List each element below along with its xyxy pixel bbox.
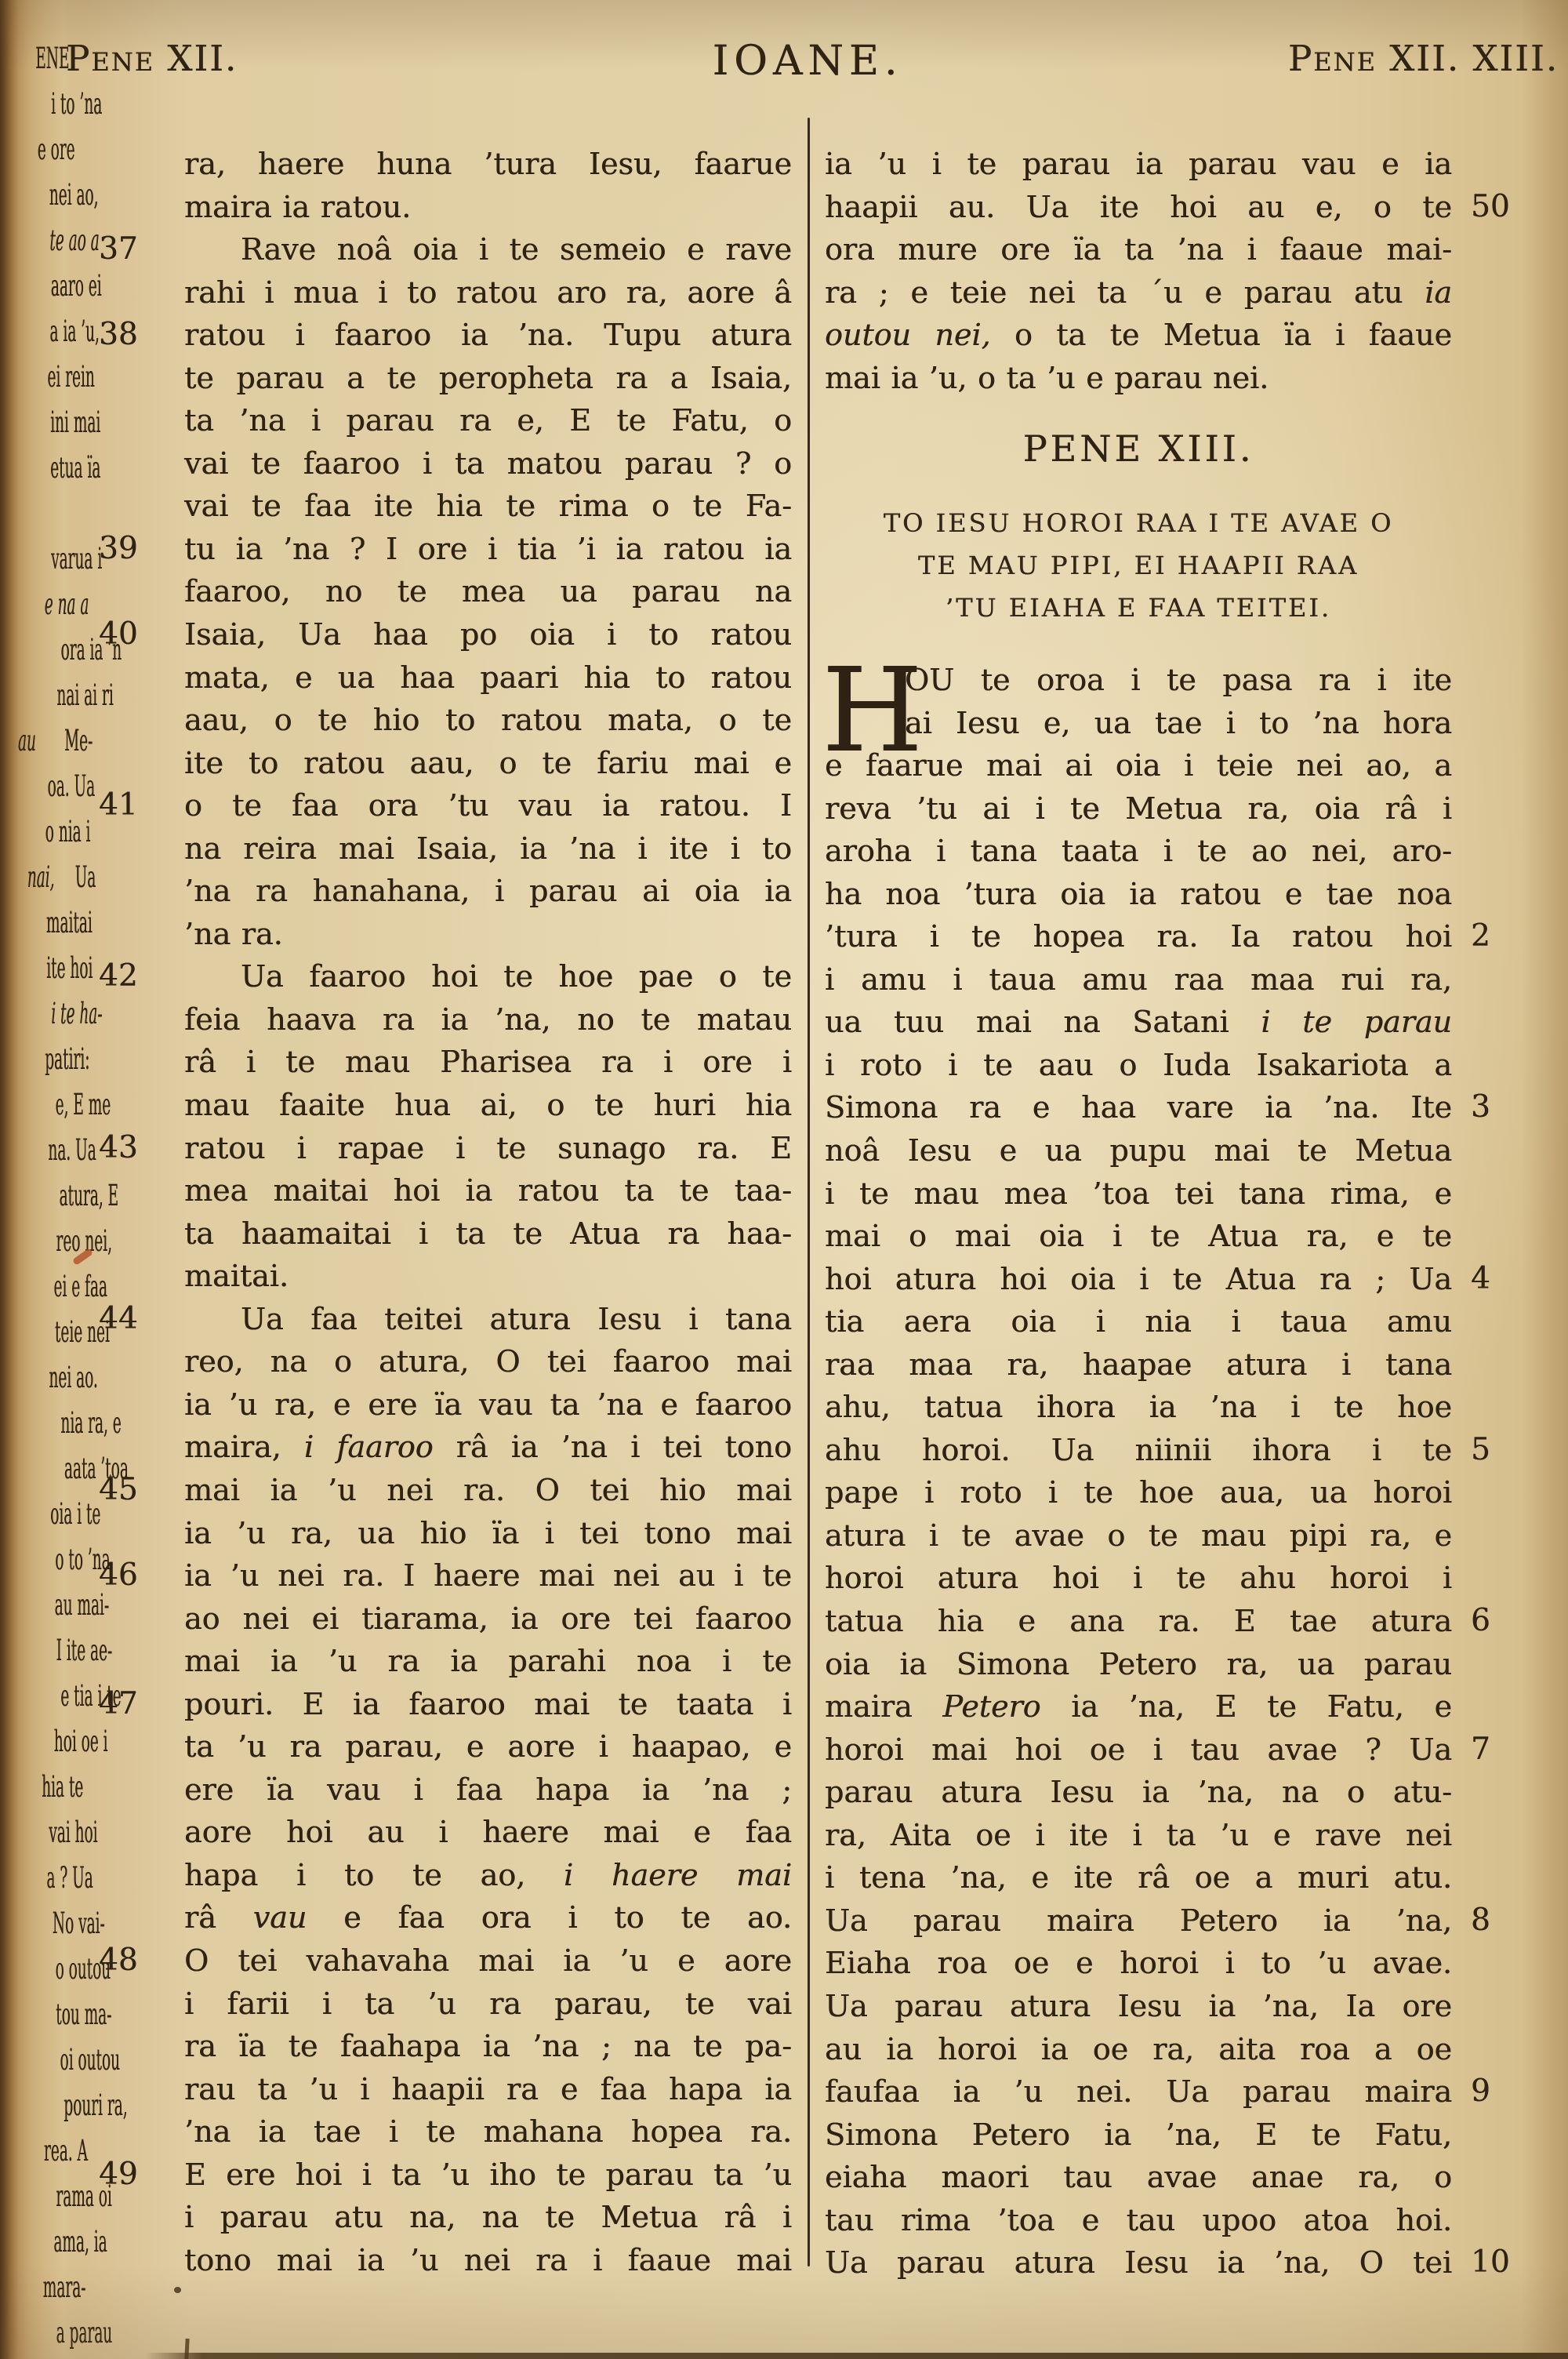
edge-text-fragment: ama, ia — [0, 2219, 69, 2265]
edge-text-fragment: varua i — [0, 536, 69, 582]
line-text: ra ïa te faahapa ia ’na ; na te pa- — [184, 2025, 792, 2068]
text-line: ora mure ore ïa ta ’na i faaue mai- — [825, 228, 1507, 271]
line-text: ra, haere huna ’tura Iesu, faarue — [184, 143, 792, 186]
edge-text-fragment: nai, Ua — [0, 855, 69, 900]
edge-text-fragment: aata ’toa — [0, 1446, 69, 1492]
line-text: ra, Aita oe i ite i ta ’u e rave nei — [825, 1814, 1452, 1857]
page-bottom-edge-shadow — [145, 2353, 1568, 2359]
line-text: OU te oroa i te pasa ra i ite — [825, 659, 1452, 702]
text-line: i parau atu na, na te Metua râ i — [93, 2196, 792, 2239]
edge-text-fragment: ora ia ’n — [0, 627, 69, 673]
line-text: reo, na o atura, O tei faaroo mai — [184, 1340, 792, 1383]
line-text: maira ia ratou. — [184, 186, 792, 229]
line-text: Ua parau atura Iesu ia ’na, O tei — [825, 2241, 1452, 2284]
edge-text-fragment: teie nei — [0, 1310, 69, 1355]
line-text: tu ia ’na ? I ore i tia ’i ia ratou ia — [184, 528, 792, 571]
edge-text-fragment: ite hoi — [0, 946, 69, 991]
edge-text-fragment: na. Ua — [0, 1128, 69, 1173]
edge-text-fragment: o nia i — [0, 809, 69, 855]
line-text: mau faaite hua ai, o te huri hia — [184, 1084, 792, 1127]
text-line: ta ’na i parau ra e, E te Fatu, o — [93, 399, 792, 442]
line-text: atura i te avae o te mau pipi ra, e — [825, 1514, 1452, 1558]
edge-text-fragment: oi outou — [0, 2037, 69, 2083]
line-text: ia ’u ra, e ere ïa vau ta ’na e faaroo — [184, 1383, 792, 1427]
line-text: mai o mai oia i te Atua ra, e te — [825, 1215, 1452, 1258]
line-text: ere ïa vau i faa hapa ia ’na ; — [184, 1768, 792, 1812]
line-text: rahi i mua i to ratou aro ra, aore â — [184, 271, 792, 314]
line-text: raa maa ra, haapae atura i tana — [825, 1343, 1452, 1387]
text-line: Ua parau maira Petero ia ’na,8 — [825, 1899, 1507, 1943]
text-line: i roto i te aau o Iuda Isakariota a — [825, 1044, 1507, 1087]
text-line: outou nei, o ta te Metua ïa i faaue — [825, 314, 1507, 357]
column-divider-rule — [808, 118, 810, 2266]
text-line: atura i te avae o te mau pipi ra, e — [825, 1514, 1507, 1558]
edge-text-fragment: nai ai ri — [0, 673, 69, 718]
line-text: ia ’u i te parau ia parau vau e ia — [825, 143, 1452, 186]
edge-text-fragment: nei ao. — [0, 1355, 69, 1401]
verse-number: 7 — [1471, 1728, 1490, 1772]
line-text: noâ Iesu e ua pupu mai te Metua — [825, 1129, 1452, 1172]
edge-text-fragment: oa. Ua — [0, 764, 69, 809]
text-line: noâ Iesu e ua pupu mai te Metua — [825, 1129, 1507, 1172]
line-text: reva ’tu ai i te Metua ra, oia râ i — [825, 787, 1452, 831]
text-line: eiaha maori tau avae anae ra, o — [825, 2156, 1507, 2199]
chapter-summary-heading: TO IESU HOROI RAA I TE AVAE O TE MAU PIP… — [825, 502, 1452, 629]
line-text: Ua faa teitei atura Iesu i tana — [184, 1298, 792, 1341]
line-text: oia ia Simona Petero ra, ua parau — [825, 1643, 1452, 1686]
running-head-right: Pene XII. XIII. — [1288, 38, 1559, 85]
line-text: pape i roto i te hoe aua, ua horoi — [825, 1471, 1452, 1514]
text-line: mai ia ’u nei ra. O tei hio mai45 — [93, 1469, 792, 1512]
line-text: i roto i te aau o Iuda Isakariota a — [825, 1044, 1452, 1087]
text-line: maira Petero ia ’na, E te Fatu, e — [825, 1685, 1507, 1728]
text-line: au ia horoi ia oe ra, aita roa a oe — [825, 2028, 1507, 2071]
text-line: oia ia Simona Petero ra, ua parau — [825, 1643, 1507, 1686]
text-line: mai ia ’u, o ta ’u e parau nei. — [825, 357, 1507, 400]
line-text: ahu, tatua ihora ia ’na i te hoe — [825, 1386, 1452, 1429]
text-line: hapa i to te ao, i haere mai — [93, 1854, 792, 1897]
line-text: ratou i rapae i te sunago ra. E — [184, 1127, 792, 1170]
text-line: ra, haere huna ’tura Iesu, faarue — [93, 143, 792, 186]
text-line: o te faa ora ’tu vau ia ratou. I41 — [93, 784, 792, 827]
line-text: ra ; e teie nei ta ´u e parau atu ia — [825, 271, 1452, 314]
line-text: faufaa ia ’u nei. Ua parau maira — [825, 2070, 1452, 2114]
text-line: ua tuu mai na Satani i te parau — [825, 1001, 1507, 1044]
text-line: aroha i tana taata i te ao nei, aro- — [825, 830, 1507, 873]
text-line: horoi atura hoi i te ahu horoi i — [825, 1557, 1507, 1600]
edge-text-fragment: atura, E — [0, 1173, 69, 1219]
book-page: ENEi to ’nae orenei ao,te ao aaaro eia i… — [0, 0, 1568, 2359]
text-line: parau atura Iesu ia ’na, na o atu- — [825, 1771, 1507, 1814]
line-text: ora mure ore ïa ta ’na i faaue mai- — [825, 228, 1452, 271]
verse-number: 38 — [99, 314, 138, 357]
line-text: outou nei, o ta te Metua ïa i faaue — [825, 314, 1452, 357]
text-line: aau, o te hio to ratou mata, o te — [93, 699, 792, 742]
text-line: na reira mai Isaia, ia ’na i ite i to — [93, 827, 792, 871]
line-text: ia ’u nei ra. I haere mai nei au i te — [184, 1554, 792, 1598]
text-line: E ere hoi i ta ’u iho te parau ta ’u49 — [93, 2154, 792, 2197]
text-line: vai te faaroo i ta matou parau ? o — [93, 442, 792, 485]
text-line: faaroo, no te mea ua parau na — [93, 570, 792, 613]
text-line: ratou i faaroo ia ’na. Tupu atura38 — [93, 314, 792, 357]
line-text: ’na ra hanahana, i parau ai oia ia — [184, 870, 792, 913]
line-text: faaroo, no te mea ua parau na — [184, 570, 792, 613]
text-line: ’na ia tae i te mahana hopea ra. — [93, 2110, 792, 2154]
line-text: aroha i tana taata i te ao nei, aro- — [825, 830, 1452, 873]
text-line: rahi i mua i to ratou aro ra, aore â — [93, 271, 792, 314]
verse-number: 4 — [1471, 1258, 1490, 1301]
verse-number: 42 — [99, 955, 138, 998]
edge-text-fragment: a parau — [0, 2310, 69, 2356]
text-line: Ua parau atura Iesu ia ’na, Ia ore — [825, 1985, 1507, 2028]
edge-text-fragment: ei e faa — [0, 1264, 69, 1310]
line-text: maitai. — [184, 1255, 792, 1298]
line-text: ha noa ’tura oia ia ratou e tae noa — [825, 873, 1452, 916]
text-line: reva ’tu ai i te Metua ra, oia râ i — [825, 787, 1507, 831]
line-text: e faarue mai ai oia i teie nei ao, a — [825, 744, 1452, 787]
text-line: pouri. E ia faaroo mai te taata i47 — [93, 1683, 792, 1726]
summary-line: ’TU EIAHA E FAA TEITEI. — [825, 587, 1452, 629]
line-text: ’na ia tae i te mahana hopea ra. — [184, 2110, 792, 2154]
text-line: tia aera oia i nia i taua amu — [825, 1300, 1507, 1343]
text-line: Ua faaroo hoi te hoe pae o te42 — [93, 955, 792, 998]
line-text: ta ’na i parau ra e, E te Fatu, o — [184, 399, 792, 442]
line-text: horoi atura hoi i te ahu horoi i — [825, 1557, 1452, 1600]
edge-text-fragment: rama oi — [0, 2174, 69, 2219]
text-line: ahu horoi. Ua niinii ihora i te5 — [825, 1429, 1507, 1472]
line-text: Ua parau atura Iesu ia ’na, Ia ore — [825, 1985, 1452, 2028]
text-line: Isaia, Ua haa po oia i to ratou40 — [93, 613, 792, 656]
text-line: ai Iesu e, ua tae i to ’na hora — [825, 702, 1507, 745]
line-text: mea maitai hoi ia ratou ta te taa- — [184, 1169, 792, 1212]
line-text: Simona ra e haa vare ia ’na. Ite — [825, 1086, 1452, 1129]
text-line: ’na ra. — [93, 913, 792, 956]
edge-text-fragment: te ao a — [0, 218, 69, 264]
text-line: ha noa ’tura oia ia ratou e tae noa — [825, 873, 1507, 916]
line-text: râ vau e faa ora i to te ao. — [184, 1896, 792, 1939]
line-text: vai te faa ite hia te rima o te Fa- — [184, 485, 792, 528]
edge-text-fragment: o outou — [0, 1946, 69, 1992]
verse-number: 10 — [1471, 2241, 1510, 2284]
text-line: ra, Aita oe i ite i ta ’u e rave nei — [825, 1814, 1507, 1857]
line-text: tono mai ia ’u nei ra i faaue mai — [184, 2239, 792, 2282]
text-line: ’na ra hanahana, i parau ai oia ia — [93, 870, 792, 913]
line-text: râ i te mau Pharisea ra i ore i — [184, 1041, 792, 1084]
text-line: haapii au. Ua ite hoi au e, o te50 — [825, 186, 1507, 229]
line-text: aau, o te hio to ratou mata, o te — [184, 699, 792, 742]
line-text: ua tuu mai na Satani i te parau — [825, 1001, 1452, 1044]
edge-text-fragment: mara- — [0, 2265, 69, 2310]
text-line: ta ’u ra parau, e aore i haapao, e — [93, 1725, 792, 1768]
verse-number: 39 — [99, 528, 138, 571]
summary-line: TE MAU PIPI, EI HAAPII RAA — [825, 544, 1452, 587]
line-text: maira Petero ia ’na, E te Fatu, e — [825, 1685, 1452, 1728]
line-text: vai te faaroo i ta matou parau ? o — [184, 442, 792, 485]
line-text: ia ’u ra, ua hio ïa i tei tono mai — [184, 1512, 792, 1555]
line-text: te parau a te peropheta ra a Isaia, — [184, 357, 792, 400]
line-text: ’na ra. — [184, 913, 792, 956]
line-text: eiaha maori tau avae anae ra, o — [825, 2156, 1452, 2199]
text-line: maira ia ratou. — [93, 186, 792, 229]
text-line: mai o mai oia i te Atua ra, e te — [825, 1215, 1507, 1258]
edge-text-fragment: e, E me — [0, 1082, 69, 1128]
text-line: mea maitai hoi ia ratou ta te taa- — [93, 1169, 792, 1212]
line-text: haapii au. Ua ite hoi au e, o te — [825, 186, 1452, 229]
line-text: o te faa ora ’tu vau ia ratou. I — [184, 784, 792, 827]
text-line: pape i roto i te hoe aua, ua horoi — [825, 1471, 1507, 1514]
text-line: Simona ra e haa vare ia ’na. Ite3 — [825, 1086, 1507, 1129]
edge-text-fragment: ini mai — [0, 400, 69, 445]
verse-number: 48 — [99, 1939, 138, 1983]
line-text: aore hoi au i haere mai e faa — [184, 1811, 792, 1854]
text-line: Ua parau atura Iesu ia ’na, O tei10 — [825, 2241, 1507, 2284]
text-line: faufaa ia ’u nei. Ua parau maira9 — [825, 2070, 1507, 2114]
edge-text-fragment: vai hoi — [0, 1810, 69, 1856]
text-line: râ vau e faa ora i to te ao. — [93, 1896, 792, 1939]
verse-number: 5 — [1471, 1429, 1490, 1472]
text-line: ra ; e teie nei ta ´u e parau atu ia — [825, 271, 1507, 314]
edge-text-fragment — [0, 491, 69, 536]
text-line: O tei vahavaha mai ia ’u e aore48 — [93, 1939, 792, 1983]
verse-number: 50 — [1471, 186, 1510, 229]
text-line: horoi mai hoi oe i tau avae ? Ua7 — [825, 1728, 1507, 1772]
verse-number: 43 — [99, 1127, 138, 1170]
verse-number: 47 — [99, 1683, 138, 1726]
edge-text-fragment: reo nei, — [0, 1219, 69, 1264]
edge-text-fragment: etua ïa — [0, 445, 69, 491]
line-text: Simona Petero ia ’na, E te Fatu, — [825, 2114, 1452, 2157]
text-line: maitai. — [93, 1255, 792, 1298]
edge-text-fragment: au mai- — [0, 1583, 69, 1628]
text-line: ere ïa vau i faa hapa ia ’na ; — [93, 1768, 792, 1812]
line-text: ao nei ei tiarama, ia ore tei faaroo — [184, 1598, 792, 1641]
line-text: au ia horoi ia oe ra, aita roa a oe — [825, 2028, 1452, 2071]
text-line: mai ia ’u ra ia parahi noa i te — [93, 1640, 792, 1683]
verse-number: 45 — [99, 1469, 138, 1512]
text-line: e faarue mai ai oia i teie nei ao, a — [825, 744, 1507, 787]
line-text: ite to ratou aau, o te fariu mai e — [184, 742, 792, 785]
edge-text-fragment: au Me- — [0, 718, 69, 764]
text-line: reo, na o atura, O tei faaroo mai — [93, 1340, 792, 1383]
edge-text-fragment: nia ra, e — [0, 1401, 69, 1446]
line-text: ta haamaitai i ta te Atua ra haa- — [184, 1212, 792, 1256]
facing-page-text-fragments: ENEi to ’nae orenei ao,te ao aaaro eia i… — [0, 36, 69, 2356]
text-line: tu ia ’na ? I ore i tia ’i ia ratou ia39 — [93, 528, 792, 571]
edge-text-fragment: hoi oe i — [0, 1719, 69, 1765]
edge-text-fragment: patiri: — [0, 1037, 69, 1082]
text-line: maira, i faaroo râ ia ’na i tei tono — [93, 1426, 792, 1469]
text-line: ia ’u ra, e ere ïa vau ta ’na e faaroo — [93, 1383, 792, 1427]
line-text: i amu i taua amu raa maa rui ra, — [825, 958, 1452, 1001]
summary-line: TO IESU HOROI RAA I TE AVAE O — [825, 502, 1452, 544]
edge-text-fragment: pouri ra, — [0, 2083, 69, 2128]
verse-number: 46 — [99, 1554, 138, 1598]
line-text: na reira mai Isaia, ia ’na i ite i to — [184, 827, 792, 871]
edge-text-fragment: e ore — [0, 127, 69, 173]
text-line: râ i te mau Pharisea ra i ore i — [93, 1041, 792, 1084]
line-text: hapa i to te ao, i haere mai — [184, 1854, 792, 1897]
text-line: tono mai ia ’u nei ra i faaue mai — [93, 2239, 792, 2282]
text-line: ia ’u ra, ua hio ïa i tei tono mai — [93, 1512, 792, 1555]
text-line: ite to ratou aau, o te fariu mai e — [93, 742, 792, 785]
line-text: O tei vahavaha mai ia ’u e aore — [184, 1939, 792, 1983]
verse-number: 37 — [99, 228, 138, 271]
text-line: tatua hia e ana ra. E tae atura6 — [825, 1600, 1507, 1643]
line-text: tau rima ’toa e tau upoo atoa hoi. — [825, 2199, 1452, 2242]
chapter13-body: H OU te oroa i te pasa ra i iteai Iesu e… — [825, 659, 1507, 2284]
chapter-heading: PENE XIII. — [825, 427, 1452, 470]
line-text: ta ’u ra parau, e aore i haapao, e — [184, 1725, 792, 1768]
text-line: tau rima ’toa e tau upoo atoa hoi. — [825, 2199, 1507, 2242]
text-line: Eiaha roa oe e horoi i to ’u avae. — [825, 1942, 1507, 1985]
text-line: ia ’u i te parau ia parau vau e ia — [825, 143, 1507, 186]
verse-number: 2 — [1471, 915, 1490, 958]
line-text: Isaia, Ua haa po oia i to ratou — [184, 613, 792, 656]
text-line: Rave noâ oia i te semeio e rave37 — [93, 228, 792, 271]
edge-text-fragment: tou ma- — [0, 1992, 69, 2037]
line-text: i tena ’na, e ite râ oe a muri atu. — [825, 1856, 1452, 1899]
edge-text-fragment: a ia ’u, — [0, 309, 69, 354]
line-text: parau atura Iesu ia ’na, na o atu- — [825, 1771, 1452, 1814]
edge-text-fragment: e tia i te — [0, 1674, 69, 1719]
text-line: i te mau mea ’toa tei tana rima, e — [825, 1172, 1507, 1216]
verse-number: 6 — [1471, 1600, 1490, 1643]
line-text: ahu horoi. Ua niinii ihora i te — [825, 1429, 1452, 1472]
facing-page-edge: ENEi to ’nae orenei ao,te ao aaaro eia i… — [0, 0, 103, 2359]
edge-text-fragment: nei ao, — [0, 173, 69, 218]
verse-number: 8 — [1471, 1899, 1490, 1943]
verse-number: 40 — [99, 613, 138, 656]
text-line: mata, e ua haa paari hia to ratou — [93, 656, 792, 700]
line-text: ratou i faaroo ia ’na. Tupu atura — [184, 314, 792, 357]
ink-speck — [174, 2287, 181, 2293]
text-line: Ua faa teitei atura Iesu i tana44 — [93, 1298, 792, 1341]
verse-number: 9 — [1471, 2070, 1490, 2114]
text-line: ta haamaitai i ta te Atua ra haa- — [93, 1212, 792, 1256]
line-text: tia aera oia i nia i taua amu — [825, 1300, 1452, 1343]
text-line: i amu i taua amu raa maa rui ra, — [825, 958, 1507, 1001]
line-text: ai Iesu e, ua tae i to ’na hora — [825, 702, 1452, 745]
text-line: OU te oroa i te pasa ra i ite — [825, 659, 1507, 702]
line-text: Eiaha roa oe e horoi i to ’u avae. — [825, 1942, 1452, 1985]
text-line: hoi atura hoi oia i te Atua ra ; Ua4 — [825, 1258, 1507, 1301]
text-line: vai te faa ite hia te rima o te Fa- — [93, 485, 792, 528]
line-text: E ere hoi i ta ’u iho te parau ta ’u — [184, 2154, 792, 2197]
edge-text-fragment: a ? Ua — [0, 1856, 69, 1901]
text-line: aore hoi au i haere mai e faa — [93, 1811, 792, 1854]
line-text: pouri. E ia faaroo mai te taata i — [184, 1683, 792, 1726]
text-line: rau ta ’u i haapii ra e faa hapa ia — [93, 2068, 792, 2111]
line-text: tatua hia e ana ra. E tae atura — [825, 1600, 1452, 1643]
line-text: i te mau mea ’toa tei tana rima, e — [825, 1172, 1452, 1216]
line-text: feia haava ra ia ’na, no te matau — [184, 998, 792, 1041]
edge-text-fragment: rea. A — [0, 2128, 69, 2174]
line-text: horoi mai hoi oe i tau avae ? Ua — [825, 1728, 1452, 1772]
text-line: ’tura i te hopea ra. Ia ratou hoi2 — [825, 915, 1507, 958]
edge-text-fragment: maitai — [0, 900, 69, 946]
text-line: mau faaite hua ai, o te huri hia — [93, 1084, 792, 1127]
text-line: i farii i ta ’u ra parau, te vai — [93, 1983, 792, 2026]
edge-text-fragment: oia i te — [0, 1492, 69, 1537]
line-text: hoi atura hoi oia i te Atua ra ; Ua — [825, 1258, 1452, 1301]
line-text: mai ia ’u ra ia parahi noa i te — [184, 1640, 792, 1683]
text-line: ia ’u nei ra. I haere mai nei au i te46 — [93, 1554, 792, 1598]
line-text: i farii i ta ’u ra parau, te vai — [184, 1983, 792, 2026]
edge-text-fragment: e na a — [0, 582, 69, 627]
text-line: te parau a te peropheta ra a Isaia, — [93, 357, 792, 400]
edge-text-fragment: aaro ei — [0, 264, 69, 309]
verse-number: 44 — [99, 1298, 138, 1341]
text-line: i tena ’na, e ite râ oe a muri atu. — [825, 1856, 1507, 1899]
edge-text-fragment: No vai- — [0, 1901, 69, 1946]
text-line: feia haava ra ia ’na, no te matau — [93, 998, 792, 1041]
line-text: i parau atu na, na te Metua râ i — [184, 2196, 792, 2239]
text-line: ratou i rapae i te sunago ra. E43 — [93, 1127, 792, 1170]
verse-number: 3 — [1471, 1086, 1490, 1129]
line-text: mai ia ’u nei ra. O tei hio mai — [184, 1469, 792, 1512]
text-line: ra ïa te faahapa ia ’na ; na te pa- — [93, 2025, 792, 2068]
line-text: ’tura i te hopea ra. Ia ratou hoi — [825, 915, 1452, 958]
line-text: mai ia ’u, o ta ’u e parau nei. — [825, 357, 1452, 400]
line-text: Ua parau maira Petero ia ’na, — [825, 1899, 1452, 1943]
text-line: raa maa ra, haapae atura i tana — [825, 1343, 1507, 1387]
line-text: Rave noâ oia i te semeio e rave — [184, 228, 792, 271]
verse-number: 41 — [99, 784, 138, 827]
chapter12-closing-paragraph: ia ’u i te parau ia parau vau e iahaapii… — [825, 143, 1507, 399]
edge-text-fragment: i to ’na — [0, 82, 69, 127]
verse-number: 49 — [99, 2154, 138, 2197]
text-line: ao nei ei tiarama, ia ore tei faaroo — [93, 1598, 792, 1641]
edge-text-fragment: I ite ae- — [0, 1628, 69, 1674]
left-text-column: ra, haere huna ’tura Iesu, faaruemaira i… — [93, 143, 792, 2281]
edge-text-fragment: i te ha- — [0, 991, 69, 1037]
text-line: ahu, tatua ihora ia ’na i te hoe — [825, 1386, 1507, 1429]
line-text: mata, e ua haa paari hia to ratou — [184, 656, 792, 700]
edge-text-fragment: ei rein — [0, 354, 69, 400]
line-text: rau ta ’u i haapii ra e faa hapa ia — [184, 2068, 792, 2111]
edge-text-fragment: hia te — [0, 1765, 69, 1810]
text-line: Simona Petero ia ’na, E te Fatu, — [825, 2114, 1507, 2157]
line-text: Ua faaroo hoi te hoe pae o te — [184, 955, 792, 998]
edge-text-fragment: o to ’na — [0, 1537, 69, 1583]
line-text: maira, i faaroo râ ia ’na i tei tono — [184, 1426, 792, 1469]
